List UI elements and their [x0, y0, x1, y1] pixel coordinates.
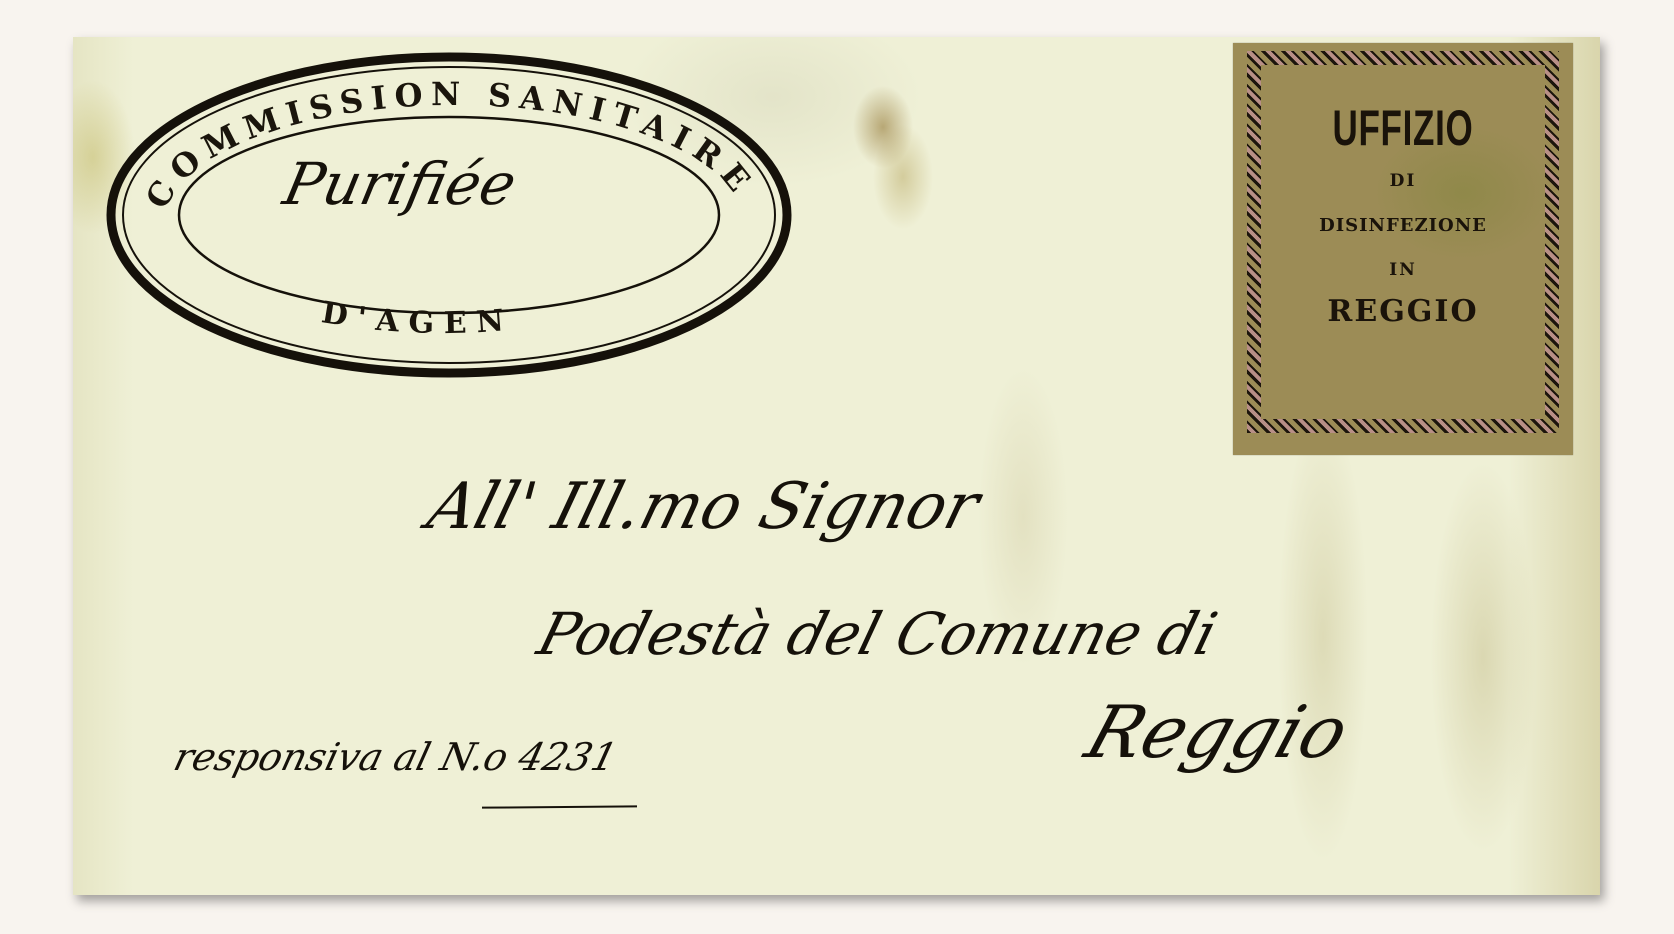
reference-number: 4231	[514, 735, 622, 779]
label-line-3: DISINFEZIONE	[1261, 215, 1545, 236]
cachet-bottom-text: D'AGEN	[319, 295, 515, 341]
manuscript-purifiee: Purifiée	[278, 150, 522, 218]
reference-note: responsiva al N.o 4231	[170, 735, 622, 779]
reference-prefix: responsiva al N.o	[170, 735, 525, 779]
label-line-2: DI	[1261, 171, 1545, 191]
address-line-2: Podestà del Comune di	[531, 600, 1224, 668]
label-line-1: UFFIZIO	[1304, 103, 1503, 153]
label-line-5: REGGIO	[1261, 294, 1545, 329]
label-line-4: IN	[1261, 260, 1545, 280]
address-line-1: All' Ill.mo Signor	[420, 470, 987, 544]
disinfection-label: UFFIZIO DI DISINFEZIONE IN REGGIO	[1233, 43, 1573, 455]
address-line-3: Reggio	[1076, 690, 1359, 774]
